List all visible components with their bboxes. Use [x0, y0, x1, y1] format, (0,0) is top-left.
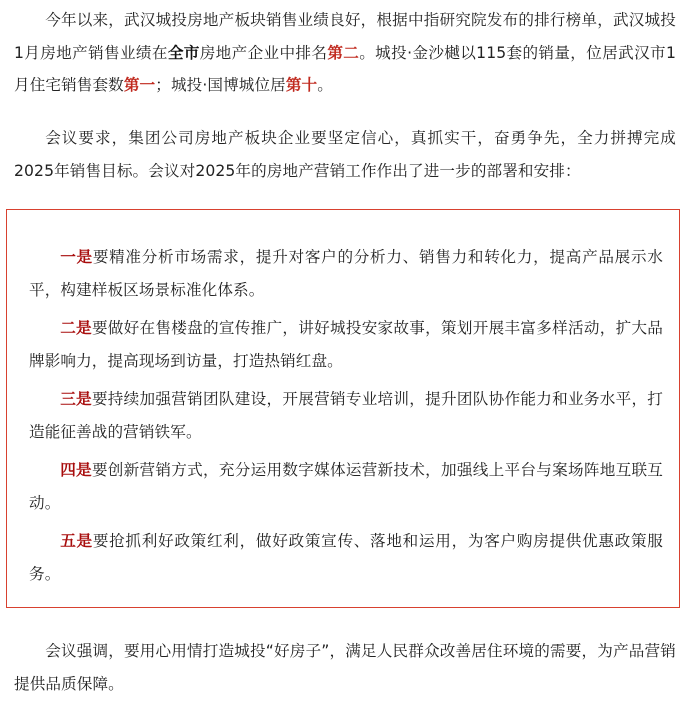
measure-label: 一是	[60, 248, 93, 266]
intro-text-4: ；城投·国博城位居	[155, 76, 286, 94]
measure-label: 四是	[60, 461, 92, 479]
intro-emphasis-citywide: 全市	[168, 44, 200, 62]
conclusion-paragraph: 会议强调，要用心用情打造城投“好房子”，满足人民群众改善居住环境的需要，为产品营…	[14, 635, 676, 700]
rank-tenth-highlight: 第十	[286, 76, 317, 94]
measure-text: 要持续加强营销团队建设，开展营销专业培训，提升团队协作能力和业务水平，打造能征善…	[29, 390, 663, 441]
measure-item-2: 二是要做好在售楼盘的宣传推广，讲好城投安家故事，策划开展丰富多样活动，扩大品牌影…	[29, 312, 663, 377]
requirement-paragraph: 会议要求，集团公司房地产板块企业要坚定信心，真抓实干，奋勇争先，全力拼搏完成20…	[14, 122, 676, 187]
measure-text: 要精准分析市场需求，提升对客户的分析力、销售力和转化力，提高产品展示水平，构建样…	[29, 248, 663, 299]
rank-second-highlight: 第二	[327, 44, 359, 62]
intro-paragraph: 今年以来，武汉城投房地产板块销售业绩良好，根据中指研究院发布的排行榜单，武汉城投…	[14, 4, 676, 102]
measure-text: 要做好在售楼盘的宣传推广，讲好城投安家故事，策划开展丰富多样活动，扩大品牌影响力…	[29, 319, 663, 370]
measure-text: 要创新营销方式，充分运用数字媒体运营新技术，加强线上平台与案场阵地互联互动。	[29, 461, 663, 512]
measure-label: 三是	[60, 390, 92, 408]
intro-text-5: 。	[317, 76, 333, 94]
measure-item-4: 四是要创新营销方式，充分运用数字媒体运营新技术，加强线上平台与案场阵地互联互动。	[29, 454, 663, 519]
measures-box: 一是要精准分析市场需求，提升对客户的分析力、销售力和转化力，提高产品展示水平，构…	[6, 209, 680, 608]
measure-text: 要抢抓利好政策红利，做好政策宣传、落地和运用，为客户购房提供优惠政策服务。	[29, 532, 663, 583]
measure-item-1: 一是要精准分析市场需求，提升对客户的分析力、销售力和转化力，提高产品展示水平，构…	[29, 241, 663, 306]
measure-label: 五是	[60, 532, 93, 550]
measure-item-5: 五是要抢抓利好政策红利，做好政策宣传、落地和运用，为客户购房提供优惠政策服务。	[29, 525, 663, 590]
intro-text-2: 房地产企业中排名	[200, 44, 328, 62]
rank-first-highlight: 第一	[124, 76, 155, 94]
measure-item-3: 三是要持续加强营销团队建设，开展营销专业培训，提升团队协作能力和业务水平，打造能…	[29, 383, 663, 448]
measure-label: 二是	[60, 319, 92, 337]
